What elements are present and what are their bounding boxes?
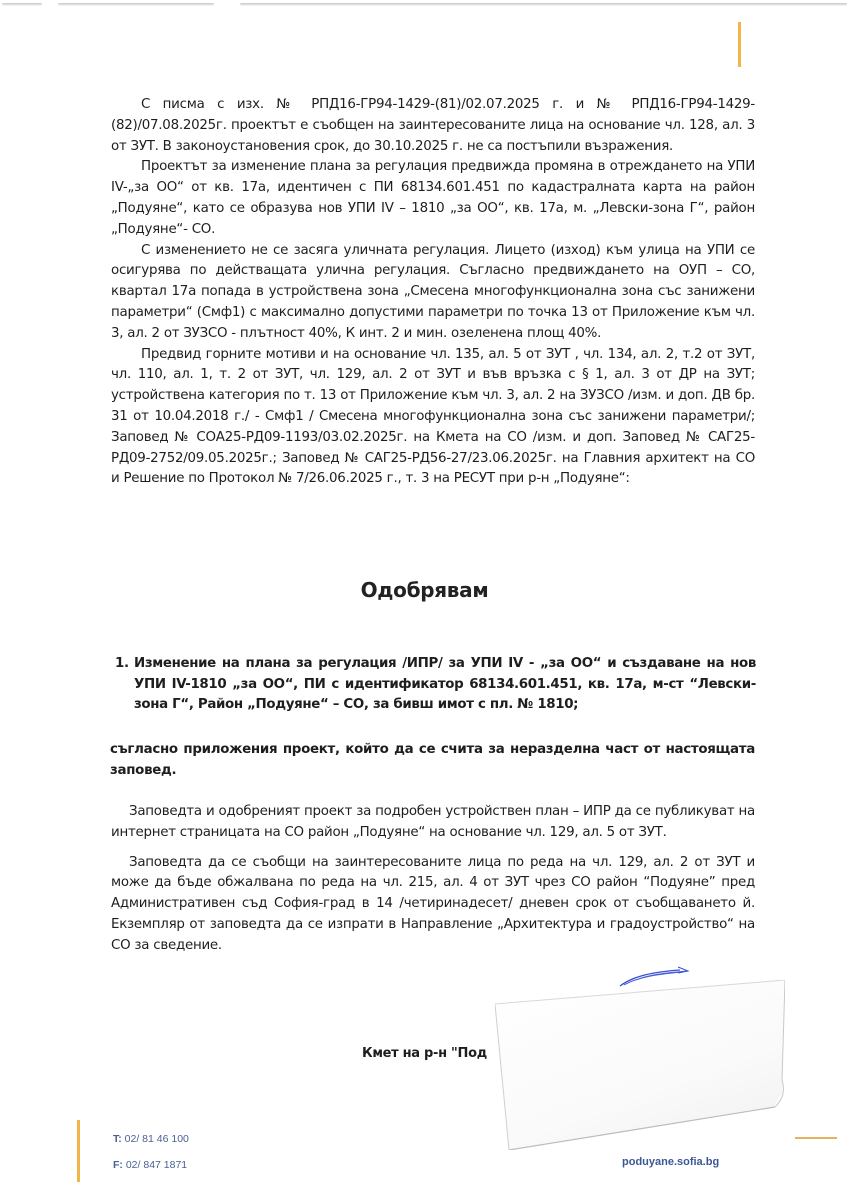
approval-item-number: 1. [115,654,129,675]
footer-contacts: T: 02/ 81 46 100 F: 02/ 847 1871 [113,1126,189,1178]
cover-sticker [495,980,785,1150]
paragraph-legal-basis: Предвид горните мотиви и на основание чл… [111,345,755,491]
paragraph-notification: С писма с изх. № РПД16-ГР94-1429-(81)/02… [111,95,755,157]
approval-item: 1. Изменение на плана за регулация /ИПР/… [134,654,756,716]
page-top-edge [58,3,214,6]
page-title: Одобрявам [0,578,849,602]
page-top-edge [240,3,847,6]
fax-number: 02/ 847 1871 [126,1159,187,1171]
paragraph-appeal: Заповедта да се съобщи на заинтересовани… [111,853,755,957]
footer-fax: F: 02/ 847 1871 [113,1152,189,1178]
fax-label: F: [113,1159,123,1171]
page-top-edge [2,3,42,6]
accent-bar-top-right [738,22,741,67]
closing-section: Заповедта и одобреният проект за подробе… [111,802,755,957]
phone-label: T: [113,1133,122,1145]
intro-section: С писма с изх. № РПД16-ГР94-1429-(81)/02… [111,95,755,490]
footer-phone: T: 02/ 81 46 100 [113,1126,189,1152]
phone-number: 02/ 81 46 100 [125,1133,189,1145]
approval-note: съгласно приложения проект, който да се … [110,740,755,781]
paragraph-regulation: С изменението не се засяга уличната регу… [111,241,755,345]
paragraph-publication: Заповедта и одобреният проект за подробе… [111,802,755,844]
signature-label: Кмет на р-н "Под [362,1046,487,1061]
signature-scribble-icon [618,960,698,990]
approval-item-text: Изменение на плана за регулация /ИПР/ за… [134,656,756,712]
paragraph-project: Проектът за изменение плана за регулация… [111,157,755,240]
accent-bar-footer-right [795,1137,837,1139]
accent-bar-footer-left [77,1120,80,1182]
footer-website-link[interactable]: poduyane.sofia.bg [622,1156,719,1168]
